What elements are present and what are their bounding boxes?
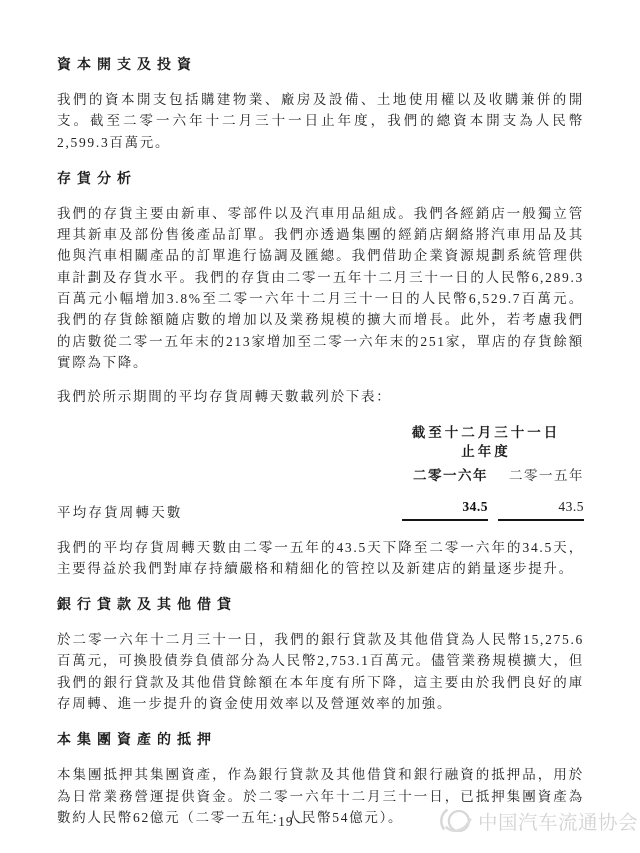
table-column-2015: 二零一五年 <box>498 464 584 484</box>
inventory-analysis-paragraph: 我們的存貨主要由新車、零部件以及汽車用品組成。我們各經銷店一般獨立管理其新車及部… <box>57 203 584 373</box>
table-value-2016: 34.5 <box>402 499 488 521</box>
watermark: 中国汽车流通协会 <box>437 802 638 840</box>
inventory-analysis-heading: 存貨分析 <box>57 170 584 190</box>
capital-expenditure-heading: 資本開支及投資 <box>57 56 584 76</box>
inventory-turnover-table: 截至十二月三十一日 止年度 二零一六年 二零一五年 平均存貨周轉天數 34.5 … <box>57 423 584 521</box>
section-inventory-analysis: 存貨分析 我們的存貨主要由新車、零部件以及汽車用品組成。我們各經銷店一般獨立管理… <box>57 170 584 579</box>
cada-logo-icon <box>437 802 475 840</box>
bank-loans-heading: 銀行貸款及其他借貸 <box>57 596 584 616</box>
page-number: – 19 – <box>266 814 306 830</box>
table-period-line1: 截至十二月三十一日 <box>388 423 584 442</box>
page-content: 資本開支及投資 我們的資本開支包括購建物業、廠房及設備、土地使用權以及收購兼併的… <box>57 56 584 841</box>
section-capital-expenditure: 資本開支及投資 我們的資本開支包括購建物業、廠房及設備、土地使用權以及收購兼併的… <box>57 56 584 153</box>
table-value-2015: 43.5 <box>498 499 584 521</box>
table-row-label: 平均存貨周轉天數 <box>57 501 402 521</box>
inventory-table-intro-paragraph: 我們於所示期間的平均存貨周轉天數載列於下表： <box>57 386 584 407</box>
capital-expenditure-paragraph: 我們的資本開支包括購建物業、廠房及設備、土地使用權以及收購兼併的開支。截至二零一… <box>57 89 584 153</box>
watermark-text: 中国汽车流通协会 <box>478 807 638 835</box>
table-column-headers: 二零一六年 二零一五年 <box>57 464 584 484</box>
report-page: 資本開支及投資 我們的資本開支包括購建物業、廠房及設備、土地使用權以及收購兼併的… <box>0 0 640 853</box>
inventory-turnover-commentary-paragraph: 我們的平均存貨周轉天數由二零一五年的43.5天下降至二零一六年的34.5天，主要… <box>57 537 584 580</box>
table-period-header: 截至十二月三十一日 止年度 <box>388 423 584 461</box>
pledge-of-assets-heading: 本集團資產的抵押 <box>57 731 584 751</box>
table-row-average-turnover-days: 平均存貨周轉天數 34.5 43.5 <box>57 499 584 521</box>
table-column-2016: 二零一六年 <box>402 464 488 484</box>
section-bank-loans: 銀行貸款及其他借貸 於二零一六年十二月三十一日，我們的銀行貸款及其他借貸為人民幣… <box>57 596 584 714</box>
bank-loans-paragraph: 於二零一六年十二月三十一日，我們的銀行貸款及其他借貸為人民幣15,275.6百萬… <box>57 629 584 714</box>
table-period-line2: 止年度 <box>388 442 584 461</box>
